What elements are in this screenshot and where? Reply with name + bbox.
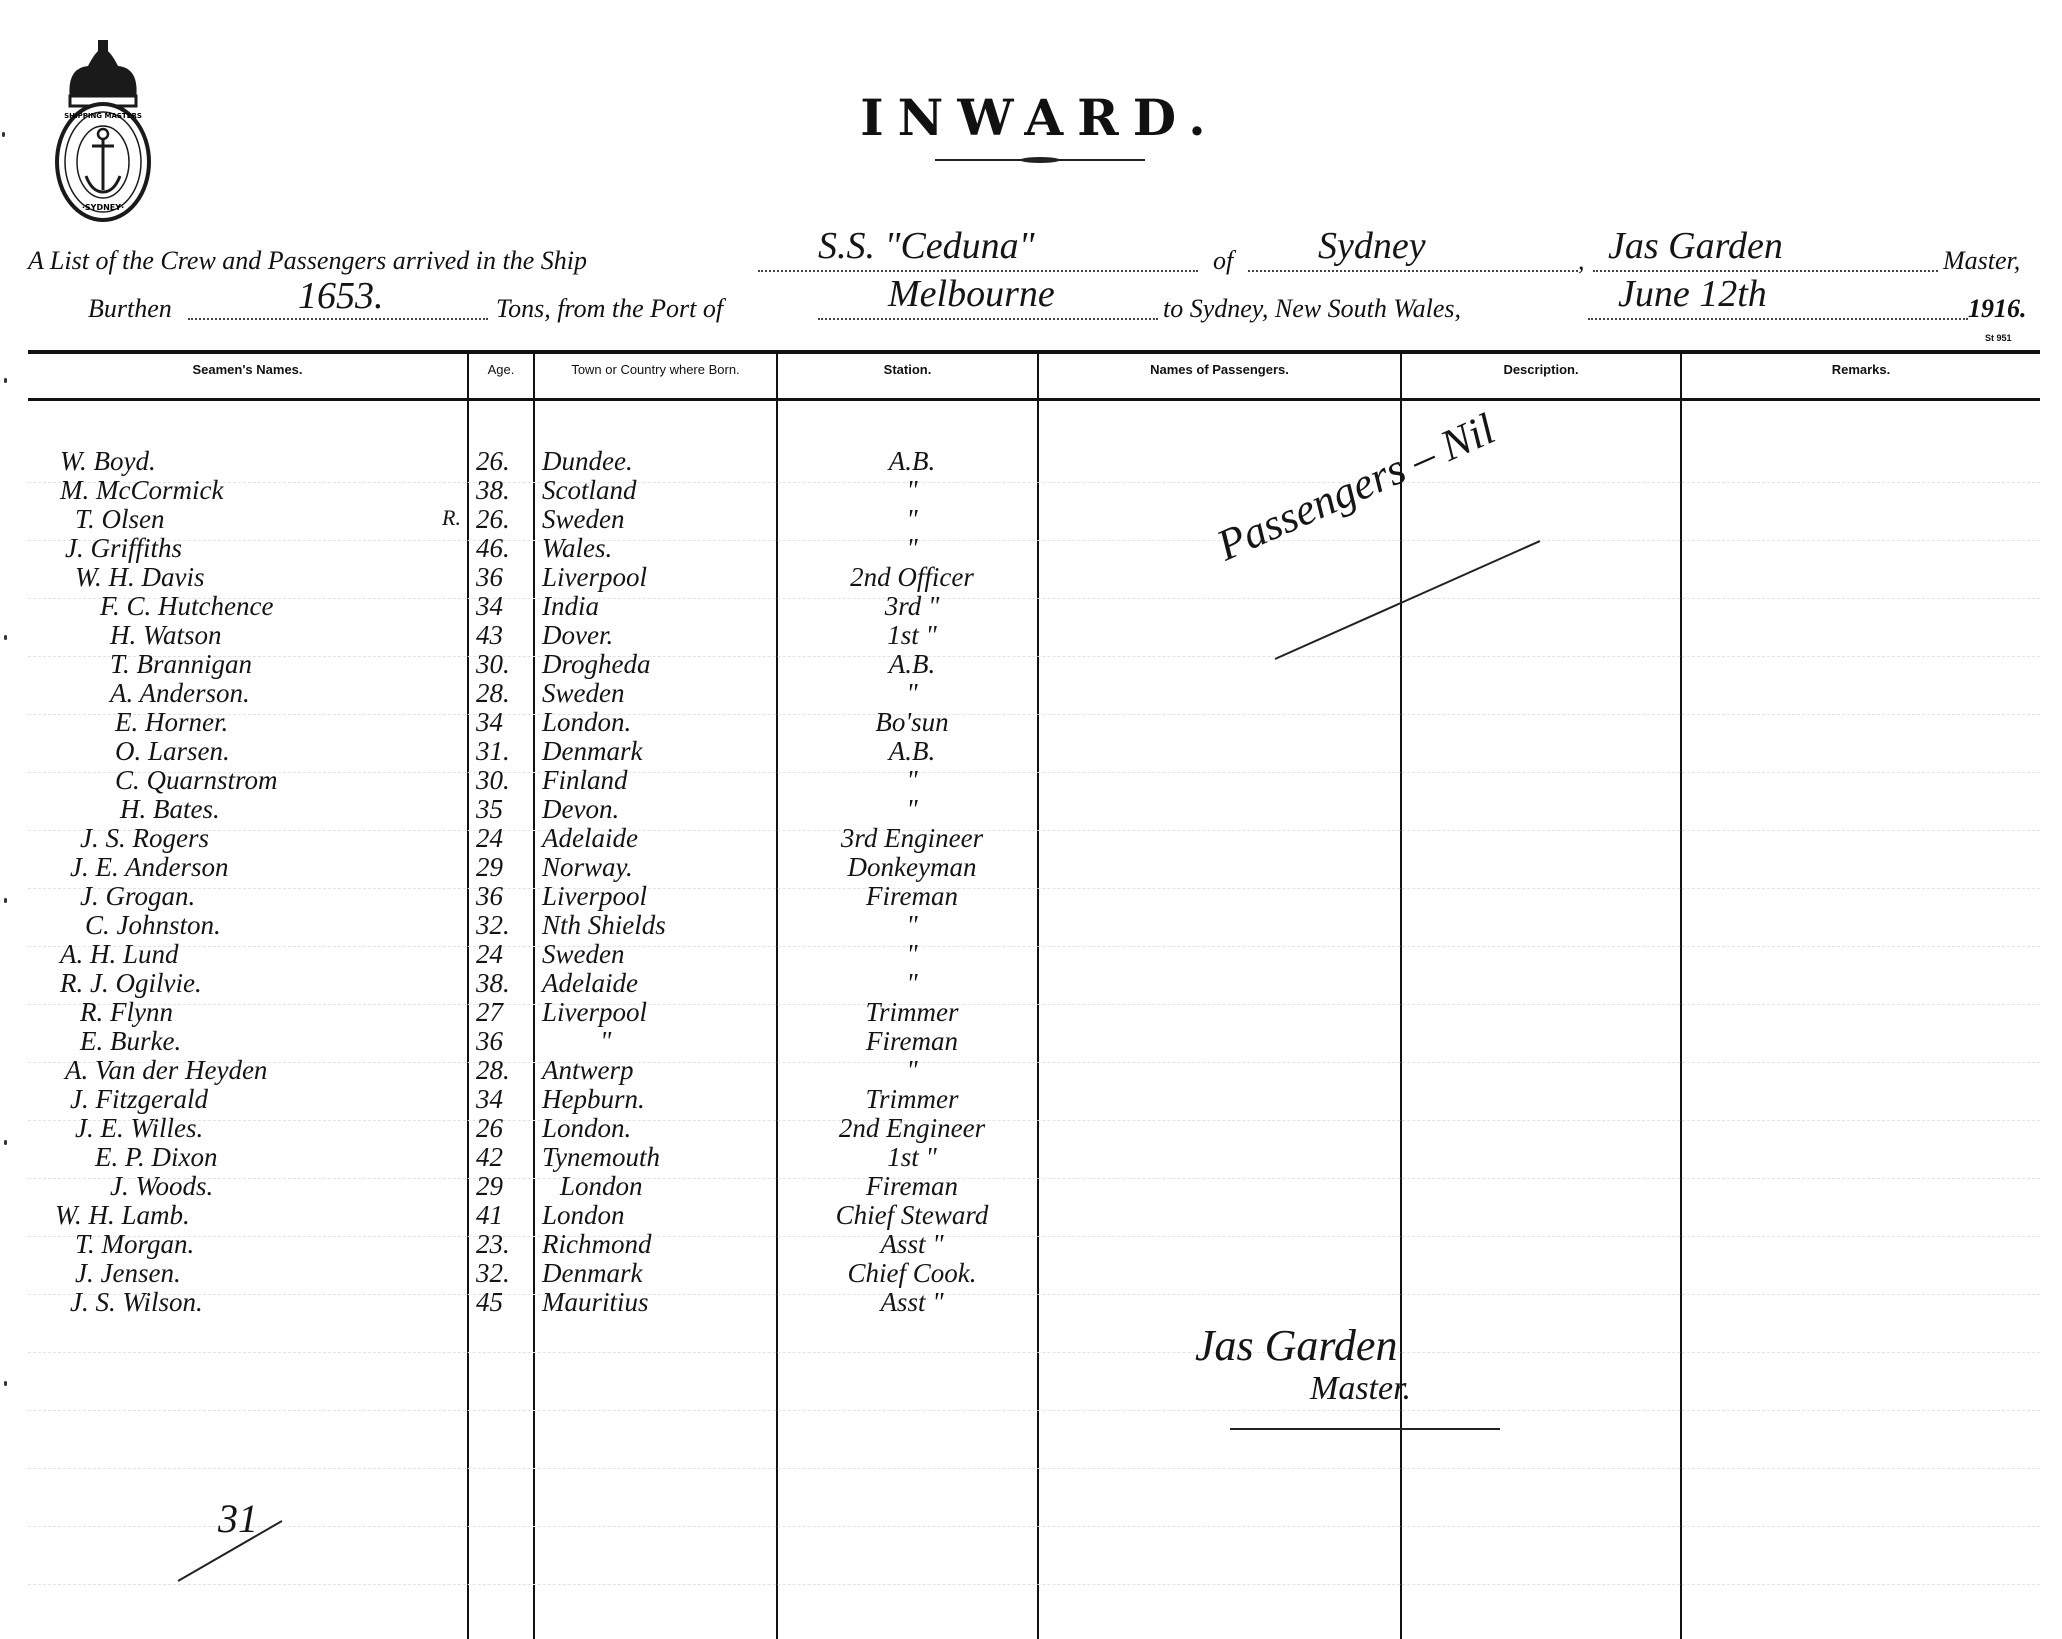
seaman-name: C. Quarnstrom — [115, 766, 278, 795]
seaman-station: Fireman — [792, 1172, 1032, 1201]
seaman-station: Fireman — [792, 1027, 1032, 1056]
seaman-age: 26. — [476, 505, 528, 534]
seaman-station: A.B. — [792, 447, 1032, 476]
margin-mark — [4, 378, 7, 383]
seaman-name: O. Larsen. — [115, 737, 230, 766]
master-signature-title: Master. — [1310, 1370, 1411, 1408]
seaman-name: A. Anderson. — [110, 679, 250, 708]
seaman-birthplace: Scotland — [542, 476, 637, 505]
table-row: J. Fitzgerald34Hepburn.Trimmer — [0, 1085, 2062, 1114]
column-header-remarks: Remarks. — [1682, 362, 2040, 377]
home-port-value: Sydney — [1318, 224, 1426, 268]
seaman-station: Trimmer — [792, 998, 1032, 1027]
seaman-name: J. Griffiths — [65, 534, 182, 563]
seaman-birthplace: Sweden — [542, 940, 624, 969]
seaman-birthplace: Liverpool — [542, 998, 647, 1027]
seaman-station: Chief Steward — [792, 1201, 1032, 1230]
seaman-name: H. Bates. — [120, 795, 220, 824]
seaman-age: 36 — [476, 563, 528, 592]
seaman-age: 38. — [476, 969, 528, 998]
seaman-age: 45 — [476, 1288, 528, 1317]
seaman-name: C. Johnston. — [85, 911, 221, 940]
margin-mark — [4, 898, 7, 903]
seaman-age: 46. — [476, 534, 528, 563]
page-title: INWARD. — [820, 88, 1260, 147]
seaman-age: 30. — [476, 766, 528, 795]
seaman-birthplace: London. — [542, 1114, 631, 1143]
seaman-station: 3rd " — [792, 592, 1032, 621]
seaman-name: A. H. Lund — [60, 940, 179, 969]
seaman-station: Fireman — [792, 882, 1032, 911]
column-header-age: Age. — [469, 362, 533, 377]
seaman-birthplace: London. — [542, 708, 631, 737]
seaman-name: T. Olsen — [75, 505, 165, 534]
table-row: H. Bates.35Devon." — [0, 795, 2062, 824]
seaman-age: 23. — [476, 1230, 528, 1259]
seaman-station: 2nd Officer — [792, 563, 1032, 592]
seaman-name: A. Van der Heyden — [65, 1056, 267, 1085]
table-row: C. Johnston.32.Nth Shields" — [0, 911, 2062, 940]
master-name-value: Jas Garden — [1608, 224, 1783, 268]
column-header-seamen-names: Seamen's Names. — [28, 362, 467, 377]
seaman-birthplace: Finland — [542, 766, 628, 795]
seaman-age: 29 — [476, 1172, 528, 1201]
seaman-station: " — [792, 505, 1032, 534]
margin-mark — [4, 1381, 7, 1386]
seaman-station: " — [792, 969, 1032, 998]
seaman-name: H. Watson — [110, 621, 222, 650]
ruled-line — [28, 1526, 2040, 1528]
age-correction-initial: R. — [442, 505, 461, 531]
seaman-birthplace: Sweden — [542, 679, 624, 708]
seaman-station: Trimmer — [792, 1085, 1032, 1114]
seaman-name: J. Grogan. — [80, 882, 195, 911]
seaman-birthplace: Dundee. — [542, 447, 633, 476]
seaman-name: W. H. Lamb. — [55, 1201, 190, 1230]
seaman-birthplace: Mauritius — [542, 1288, 649, 1317]
seaman-station: " — [792, 534, 1032, 563]
table-row: H. Watson43Dover.1st " — [0, 621, 2062, 650]
seaman-birthplace: Devon. — [542, 795, 619, 824]
seaman-birthplace: Antwerp — [542, 1056, 634, 1085]
tons-from-port-label: Tons, from the Port of — [496, 294, 723, 324]
ruled-line — [28, 1352, 2040, 1354]
table-row: W. H. Lamb.41LondonChief Steward — [0, 1201, 2062, 1230]
of-label: of — [1213, 246, 1233, 276]
table-row: C. Quarnstrom30.Finland" — [0, 766, 2062, 795]
seaman-station: " — [792, 766, 1032, 795]
seaman-station: " — [792, 911, 1032, 940]
seaman-birthplace: Wales. — [542, 534, 612, 563]
master-signature-name: Jas Garden — [1195, 1320, 1397, 1371]
seaman-name: E. P. Dixon — [95, 1143, 218, 1172]
table-row: T. Olsen26.Sweden" — [0, 505, 2062, 534]
seaman-station: " — [792, 795, 1032, 824]
seaman-age: 30. — [476, 650, 528, 679]
tonnage-value: 1653. — [298, 274, 384, 318]
seaman-birthplace: Adelaide — [542, 824, 638, 853]
table-row: J. Woods.29LondonFireman — [0, 1172, 2062, 1201]
seaman-station: Bo'sun — [792, 708, 1032, 737]
table-row: E. P. Dixon42Tynemouth1st " — [0, 1143, 2062, 1172]
seaman-station: 1st " — [792, 621, 1032, 650]
column-header-station: Station. — [778, 362, 1037, 377]
seaman-station: A.B. — [792, 737, 1032, 766]
seaman-age: 24 — [476, 824, 528, 853]
seaman-station: Donkeyman — [792, 853, 1032, 882]
seaman-birthplace: Richmond — [542, 1230, 651, 1259]
seaman-birthplace: Adelaide — [542, 969, 638, 998]
seaman-name: R. J. Ogilvie. — [60, 969, 202, 998]
seaman-birthplace: " — [600, 1027, 611, 1056]
signature-underline — [1230, 1428, 1500, 1430]
title-ornament-rule — [935, 159, 1145, 161]
seaman-birthplace: London — [542, 1201, 625, 1230]
seaman-name: J. S. Wilson. — [70, 1288, 203, 1317]
table-row: J. E. Anderson29Norway.Donkeyman — [0, 853, 2062, 882]
seaman-age: 43 — [476, 621, 528, 650]
seaman-name: J. E. Willes. — [75, 1114, 203, 1143]
seaman-age: 26 — [476, 1114, 528, 1143]
seaman-age: 32. — [476, 1259, 528, 1288]
table-row: M. McCormick38.Scotland" — [0, 476, 2062, 505]
ruled-line — [28, 1468, 2040, 1470]
seaman-age: 34 — [476, 708, 528, 737]
seaman-name: F. C. Hutchence — [100, 592, 273, 621]
seaman-birthplace: Liverpool — [542, 882, 647, 911]
destination-label: to Sydney, New South Wales, — [1163, 294, 1461, 324]
arrival-year: 1916. — [1968, 294, 2027, 324]
seaman-station: " — [792, 476, 1032, 505]
seaman-age: 24 — [476, 940, 528, 969]
table-row: A. Van der Heyden28.Antwerp" — [0, 1056, 2062, 1085]
column-header-born: Town or Country where Born. — [535, 362, 776, 377]
seaman-age: 34 — [476, 592, 528, 621]
from-port-value: Melbourne — [888, 272, 1055, 316]
seaman-age: 36 — [476, 1027, 528, 1056]
seaman-birthplace: Norway. — [542, 853, 633, 882]
seaman-name: W. Boyd. — [60, 447, 156, 476]
table-row: R. J. Ogilvie.38.Adelaide" — [0, 969, 2062, 998]
crew-list-prefix: A List of the Crew and Passengers arrive… — [28, 246, 587, 276]
seaman-birthplace: India — [542, 592, 599, 621]
burthen-label: Burthen — [88, 294, 172, 324]
seaman-birthplace: Dover. — [542, 621, 613, 650]
table-row: T. Morgan.23.RichmondAsst " — [0, 1230, 2062, 1259]
table-row: E. Burke.36"Fireman — [0, 1027, 2062, 1056]
master-label: Master, — [1943, 246, 2020, 276]
seaman-name: E. Horner. — [115, 708, 228, 737]
seaman-age: 29 — [476, 853, 528, 882]
seaman-age: 36 — [476, 882, 528, 911]
seaman-age: 31. — [476, 737, 528, 766]
seaman-birthplace: Drogheda — [542, 650, 651, 679]
table-row: T. Brannigan30.DroghedaA.B. — [0, 650, 2062, 679]
seaman-name: R. Flynn — [80, 998, 173, 1027]
seaman-station: 3rd Engineer — [792, 824, 1032, 853]
table-row: A. H. Lund24Sweden" — [0, 940, 2062, 969]
seaman-station: Asst " — [792, 1288, 1032, 1317]
table-row: E. Horner.34London.Bo'sun — [0, 708, 2062, 737]
table-row: J. S. Wilson.45MauritiusAsst " — [0, 1288, 2062, 1317]
seaman-station: 2nd Engineer — [792, 1114, 1032, 1143]
table-row: J. Grogan.36LiverpoolFireman — [0, 882, 2062, 911]
seaman-station: 1st " — [792, 1143, 1032, 1172]
seaman-name: T. Morgan. — [75, 1230, 194, 1259]
seaman-station: " — [792, 940, 1032, 969]
margin-mark — [2, 132, 5, 137]
seaman-birthplace: Sweden — [542, 505, 624, 534]
seaman-name: J. E. Anderson — [70, 853, 228, 882]
seaman-age: 27 — [476, 998, 528, 1027]
seaman-age: 28. — [476, 679, 528, 708]
table-row: A. Anderson.28.Sweden" — [0, 679, 2062, 708]
seaman-age: 42 — [476, 1143, 528, 1172]
crest-city-text: ·SYDNEY· — [82, 203, 124, 212]
seaman-age: 35 — [476, 795, 528, 824]
seaman-name: T. Brannigan — [110, 650, 252, 679]
seaman-station: Chief Cook. — [792, 1259, 1032, 1288]
margin-mark — [4, 635, 7, 640]
seaman-age: 34 — [476, 1085, 528, 1114]
form-number: St 951 — [1985, 333, 2012, 343]
arrival-date-value: June 12th — [1618, 272, 1767, 316]
seaman-name: J. S. Rogers — [80, 824, 209, 853]
column-header-description: Description. — [1402, 362, 1680, 377]
seaman-birthplace: Nth Shields — [542, 911, 666, 940]
seaman-station: " — [792, 1056, 1032, 1085]
seaman-station: Asst " — [792, 1230, 1032, 1259]
seaman-name: W. H. Davis — [75, 563, 205, 592]
seaman-age: 41 — [476, 1201, 528, 1230]
ruled-line — [28, 1410, 2040, 1412]
seaman-name: J. Fitzgerald — [70, 1085, 208, 1114]
column-header-passenger-names: Names of Passengers. — [1039, 362, 1400, 377]
crew-count-note: 31 — [218, 1495, 258, 1542]
seaman-station: A.B. — [792, 650, 1032, 679]
comma-separator: , — [1578, 246, 1585, 276]
seaman-name: M. McCormick — [60, 476, 223, 505]
seaman-name: J. Jensen. — [75, 1259, 181, 1288]
seaman-station: " — [792, 679, 1032, 708]
seaman-age: 28. — [476, 1056, 528, 1085]
seaman-age: 38. — [476, 476, 528, 505]
table-row: J. E. Willes.26London.2nd Engineer — [0, 1114, 2062, 1143]
table-row: J. Griffiths46.Wales." — [0, 534, 2062, 563]
table-row: J. Jensen.32.DenmarkChief Cook. — [0, 1259, 2062, 1288]
seaman-name: E. Burke. — [80, 1027, 181, 1056]
seaman-name: J. Woods. — [110, 1172, 213, 1201]
seaman-birthplace: Liverpool — [542, 563, 647, 592]
ship-name-value: S.S. "Ceduna" — [818, 224, 1035, 268]
seaman-birthplace: Tynemouth — [542, 1143, 660, 1172]
ruled-line — [28, 1584, 2040, 1586]
seaman-age: 32. — [476, 911, 528, 940]
table-row: O. Larsen.31.DenmarkA.B. — [0, 737, 2062, 766]
shipping-masters-department-crest-icon: SHIPPING MASTERS ·SYDNEY· — [48, 38, 158, 223]
seaman-birthplace: London — [560, 1172, 643, 1201]
seaman-birthplace: Denmark — [542, 737, 642, 766]
seaman-birthplace: Hepburn. — [542, 1085, 645, 1114]
table-top-rule — [28, 350, 2040, 354]
table-row: F. C. Hutchence34India3rd " — [0, 592, 2062, 621]
table-row: J. S. Rogers24Adelaide3rd Engineer — [0, 824, 2062, 853]
table-header-bottom-rule — [28, 398, 2040, 401]
seaman-birthplace: Denmark — [542, 1259, 642, 1288]
table-row: W. Boyd.26.Dundee.A.B. — [0, 447, 2062, 476]
table-row: W. H. Davis36Liverpool2nd Officer — [0, 563, 2062, 592]
margin-mark — [4, 1140, 7, 1145]
crest-ring-text: SHIPPING MASTERS — [64, 112, 142, 120]
table-row: R. Flynn27LiverpoolTrimmer — [0, 998, 2062, 1027]
voyage-details-line: Burthen 1653. Tons, from the Port of Mel… — [88, 290, 2048, 330]
seaman-age: 26. — [476, 447, 528, 476]
